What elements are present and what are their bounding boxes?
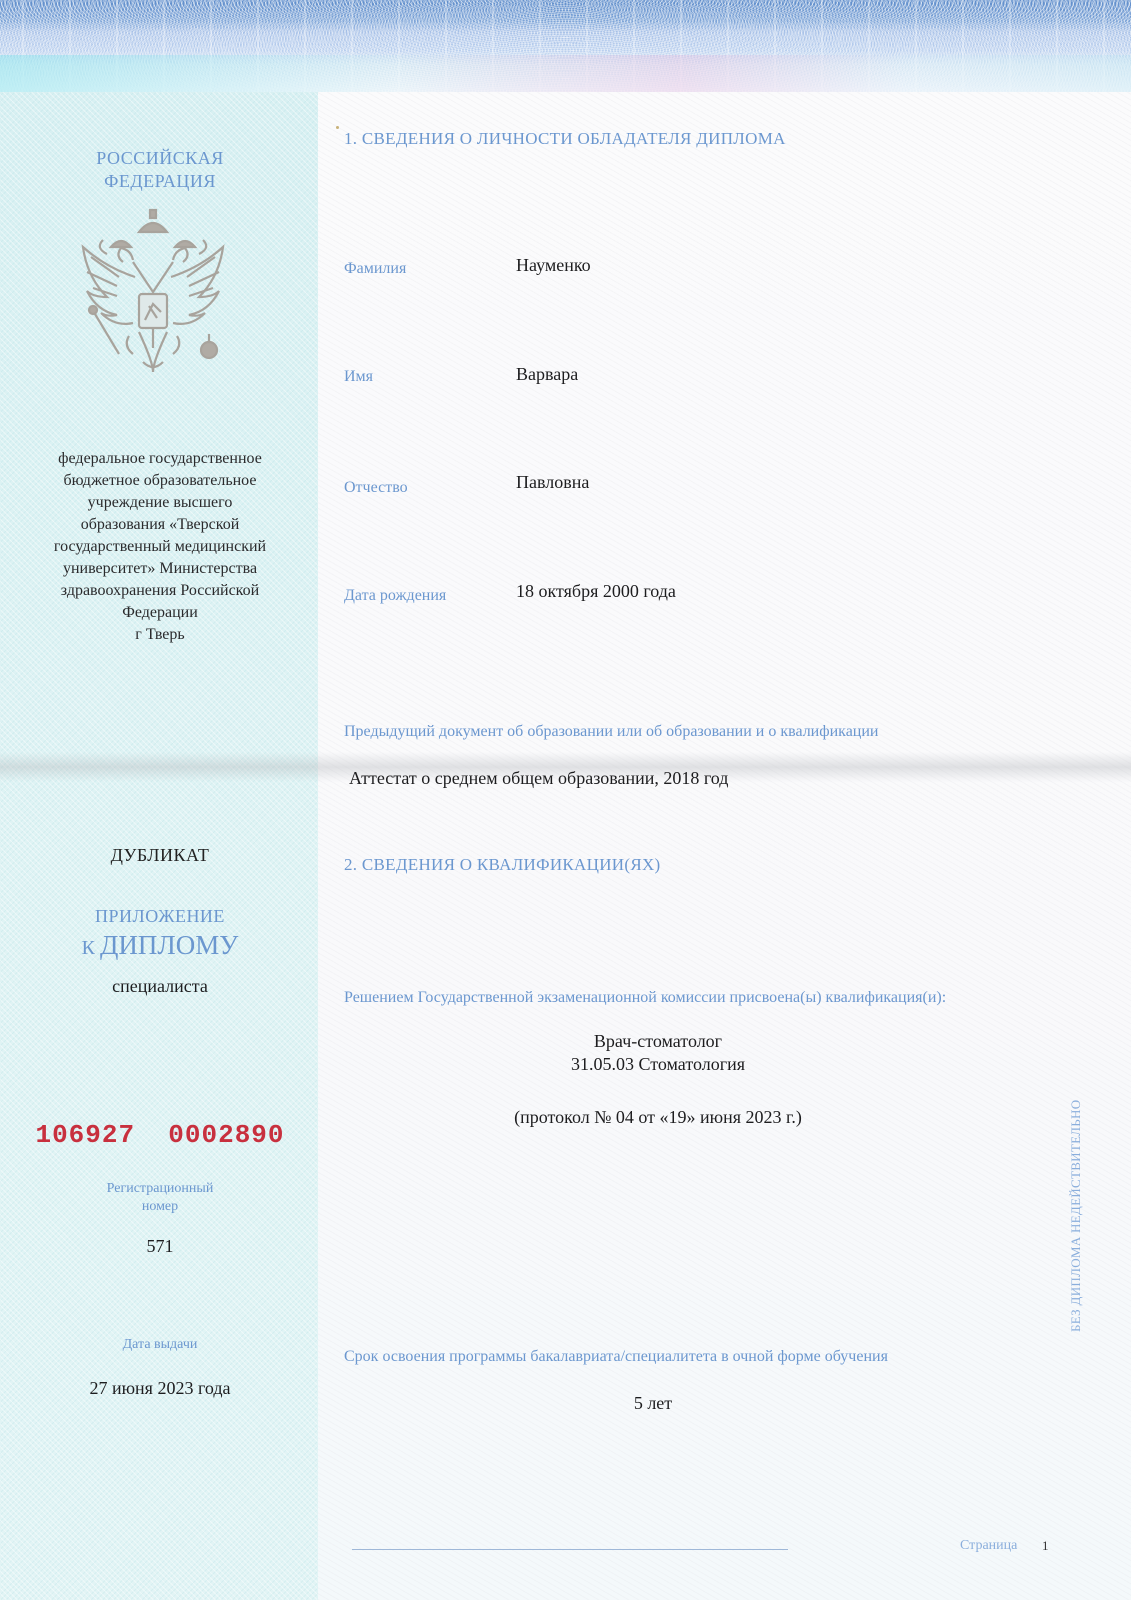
- institution-line: образования «Тверской: [30, 514, 290, 536]
- annex-title-line-1: ПРИЛОЖЕНИЕ: [40, 906, 280, 927]
- institution-line: бюджетное образовательное: [30, 470, 290, 492]
- first-name-label: Имя: [344, 368, 373, 386]
- first-name-value: Варвара: [516, 364, 578, 385]
- institution-line: университет» Министерства: [30, 558, 290, 580]
- registration-number-value: 571: [60, 1236, 260, 1257]
- qualification-level: специалиста: [40, 976, 280, 997]
- surname-value: Науменко: [516, 255, 591, 276]
- russian-coat-of-arms-icon: [73, 202, 233, 382]
- institution-name: федеральное государственное бюджетное об…: [30, 448, 290, 646]
- surname-label: Фамилия: [344, 260, 406, 278]
- patronymic-label: Отчество: [344, 479, 408, 497]
- page-number: 1: [1042, 1538, 1049, 1554]
- annex-word: ДИПЛОМУ: [100, 930, 238, 960]
- issue-date-label: Дата выдачи: [60, 1337, 260, 1353]
- country-line-1: РОССИЙСКАЯ: [40, 147, 280, 170]
- section1-title: 1. СВЕДЕНИЯ О ЛИЧНОСТИ ОБЛАДАТЕЛЯ ДИПЛОМ…: [344, 129, 786, 149]
- registration-number-label: Регистрационный номер: [60, 1180, 260, 1216]
- validity-side-note: БЕЗ ДИПЛОМА НЕДЕЙСТВИТЕЛЬНО: [1068, 1100, 1084, 1332]
- birth-date-value: 18 октября 2000 года: [516, 581, 676, 602]
- protocol-value: (протокол № 04 от «19» июня 2023 г.): [318, 1107, 998, 1128]
- section2-title: 2. СВЕДЕНИЯ О КВАЛИФИКАЦИИ(ЯХ): [344, 855, 661, 875]
- footer-divider: [352, 1549, 788, 1550]
- issue-date-value: 27 июня 2023 года: [40, 1378, 280, 1399]
- previous-document-label: Предыдущий документ об образовании или о…: [344, 723, 879, 741]
- guilloche-header-band: [0, 0, 1131, 92]
- study-duration-value: 5 лет: [318, 1393, 988, 1414]
- guilloche-tint: [0, 55, 1131, 92]
- reg-label-line-2: номер: [60, 1198, 260, 1216]
- specialty-value: 31.05.03 Стоматология: [318, 1054, 998, 1075]
- institution-line: Федерации: [30, 602, 290, 624]
- serial-number: 106927 0002890: [30, 1120, 290, 1150]
- birth-date-label: Дата рождения: [344, 587, 446, 605]
- qualification-value: Врач-стоматолог: [318, 1031, 998, 1052]
- duplicate-label: ДУБЛИКАТ: [40, 845, 280, 866]
- reg-label-line-1: Регистрационный: [60, 1180, 260, 1198]
- page-label: Страница: [960, 1538, 1017, 1554]
- country-name: РОССИЙСКАЯ ФЕДЕРАЦИЯ: [40, 147, 280, 193]
- main-area-background: [318, 92, 1131, 1600]
- institution-line: г Тверь: [30, 624, 290, 646]
- patronymic-value: Павловна: [516, 472, 589, 493]
- previous-document-value: Аттестат о среднем общем образовании, 20…: [349, 768, 728, 789]
- institution-line: здравоохранения Российской: [30, 580, 290, 602]
- commission-decision-label: Решением Государственной экзаменационной…: [344, 989, 946, 1007]
- institution-line: государственный медицинский: [30, 536, 290, 558]
- annex-prefix: К: [82, 937, 100, 959]
- annex-title-line-2: К ДИПЛОМУ: [40, 930, 280, 961]
- ink-speck: [336, 126, 339, 129]
- country-line-2: ФЕДЕРАЦИЯ: [40, 170, 280, 193]
- study-duration-label: Срок освоения программы бакалавриата/спе…: [344, 1348, 888, 1366]
- institution-line: учреждение высшего: [30, 492, 290, 514]
- institution-line: федеральное государственное: [30, 448, 290, 470]
